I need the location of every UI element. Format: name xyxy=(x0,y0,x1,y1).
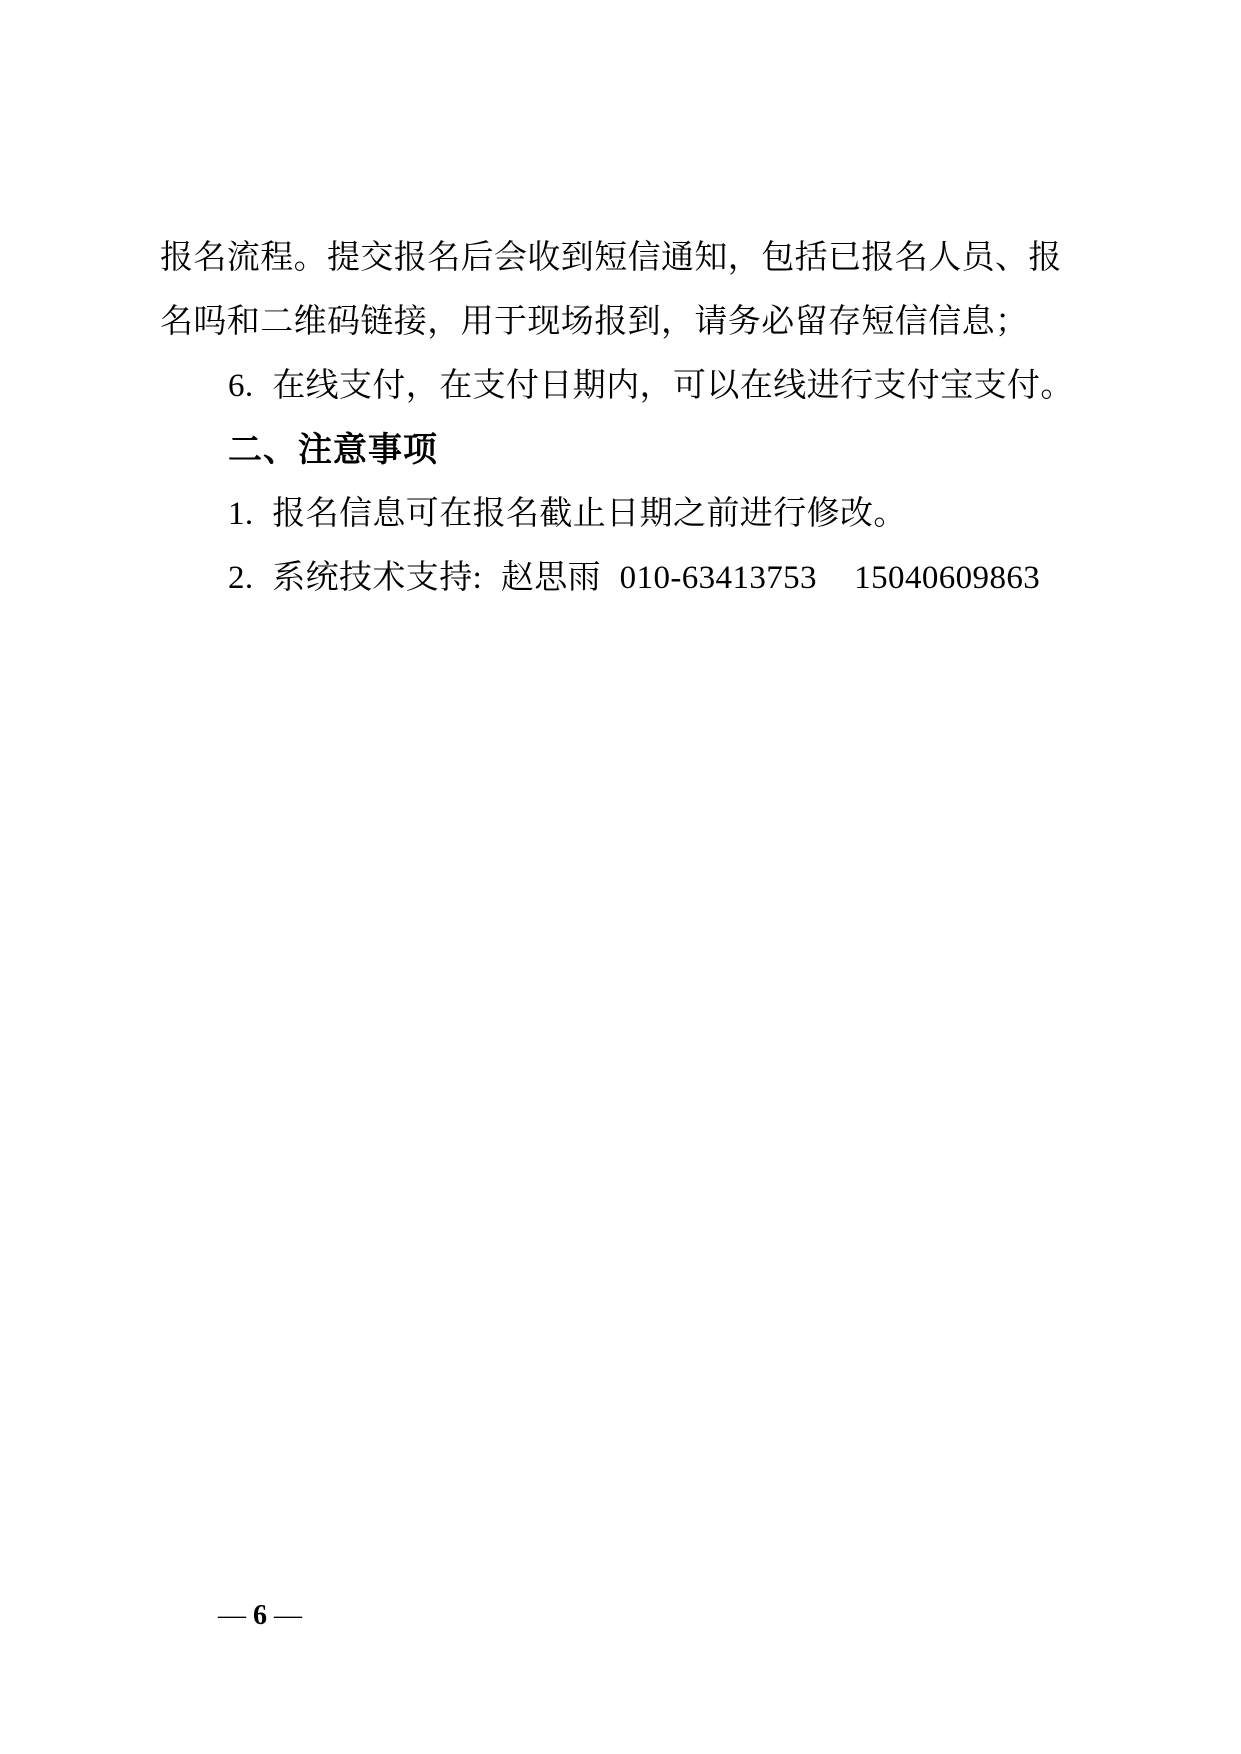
footer-dash-left: — xyxy=(218,1600,246,1631)
page-footer: —6— xyxy=(190,1568,302,1664)
list-item-1: 1. 报名信息可在报名截止日期之前进行修改。 xyxy=(160,482,1060,546)
document-body: 报名流程。提交报名后会收到短信通知，包括已报名人员、报 名吗和二维码链接，用于现… xyxy=(160,226,1060,610)
document-page: 报名流程。提交报名后会收到短信通知，包括已报名人员、报 名吗和二维码链接，用于现… xyxy=(0,0,1241,1754)
list-item-6: 6. 在线支付，在支付日期内，可以在线进行支付宝支付。 xyxy=(160,354,1060,418)
page-number: 6 xyxy=(246,1600,274,1631)
footer-dash-right: — xyxy=(274,1600,302,1631)
paragraph-line-1: 报名流程。提交报名后会收到短信通知，包括已报名人员、报 xyxy=(160,226,1060,290)
section-heading: 二、注意事项 xyxy=(160,418,1060,482)
list-item-2: 2. 系统技术支持: 赵思雨 010-63413753 15040609863 xyxy=(160,546,1060,610)
paragraph-line-2: 名吗和二维码链接，用于现场报到，请务必留存短信信息； xyxy=(160,290,1060,354)
